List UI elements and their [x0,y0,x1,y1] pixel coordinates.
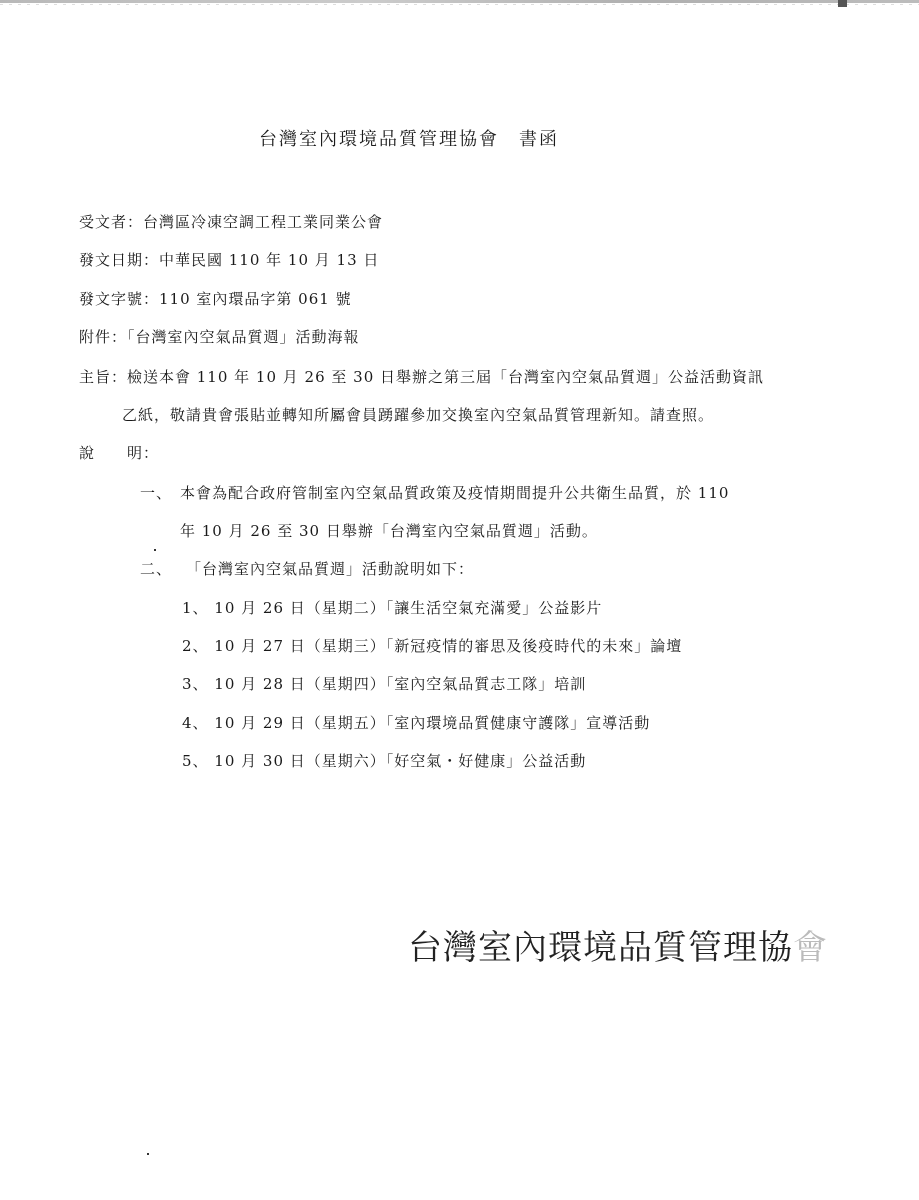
organization-seal: 台灣室內環境品質管理協會 [408,920,828,969]
scan-edge-artifact [0,4,919,5]
doc-number-line: 發文字號：110 室內環品字第 061 號 [79,289,352,309]
subject-line-2: 乙紙，敬請貴會張貼並轉知所屬會員踴躍參加交換室內空氣品質管理新知。請查照。 [122,405,714,425]
scan-corner-mark [838,0,847,7]
letter-title: 台灣室內環境品質管理協會 書函 [259,125,559,151]
point-1-line-2: 年 10 月 26 至 30 日舉辦「台灣室內空氣品質週」活動。 [180,521,598,541]
scan-speck [147,1153,149,1155]
seal-text: 台灣室內環境品質管理協 [408,928,793,968]
activity-item: 2、 10 月 27 日（星期三）「新冠疫情的審思及後疫時代的未來」論壇 [182,636,682,656]
scan-speck [154,549,156,551]
activity-item: 1、 10 月 26 日（星期二）「讓生活空氣充滿愛」公益影片 [182,598,602,618]
seal-last-char: 會 [793,928,828,968]
subject-line-1: 主旨：檢送本會 110 年 10 月 26 至 30 日舉辦之第三屆「台灣室內空… [79,367,764,387]
explanation-label: 說 明： [79,443,159,463]
point-1-number: 一、 [140,483,172,503]
scan-edge-artifact [0,0,919,3]
date-line: 發文日期：中華民國 110 年 10 月 13 日 [79,250,379,270]
recipient-line: 受文者：台灣區冷凍空調工程工業同業公會 [79,212,383,232]
activity-item: 3、 10 月 28 日（星期四）「室內空氣品質志工隊」培訓 [182,674,586,694]
activity-item: 5、 10 月 30 日（星期六）「好空氣・好健康」公益活動 [182,751,586,771]
attachment-line: 附件：「台灣室內空氣品質週」活動海報 [79,327,360,347]
point-2-line-1: 「台灣室內空氣品質週」活動說明如下： [186,559,474,579]
activity-item: 4、 10 月 29 日（星期五）「室內環境品質健康守護隊」宣導活動 [182,713,650,733]
point-1-line-1: 本會為配合政府管制室內空氣品質政策及疫情期間提升公共衛生品質，於 110 [180,483,729,503]
point-2-number: 二、 [140,559,172,579]
